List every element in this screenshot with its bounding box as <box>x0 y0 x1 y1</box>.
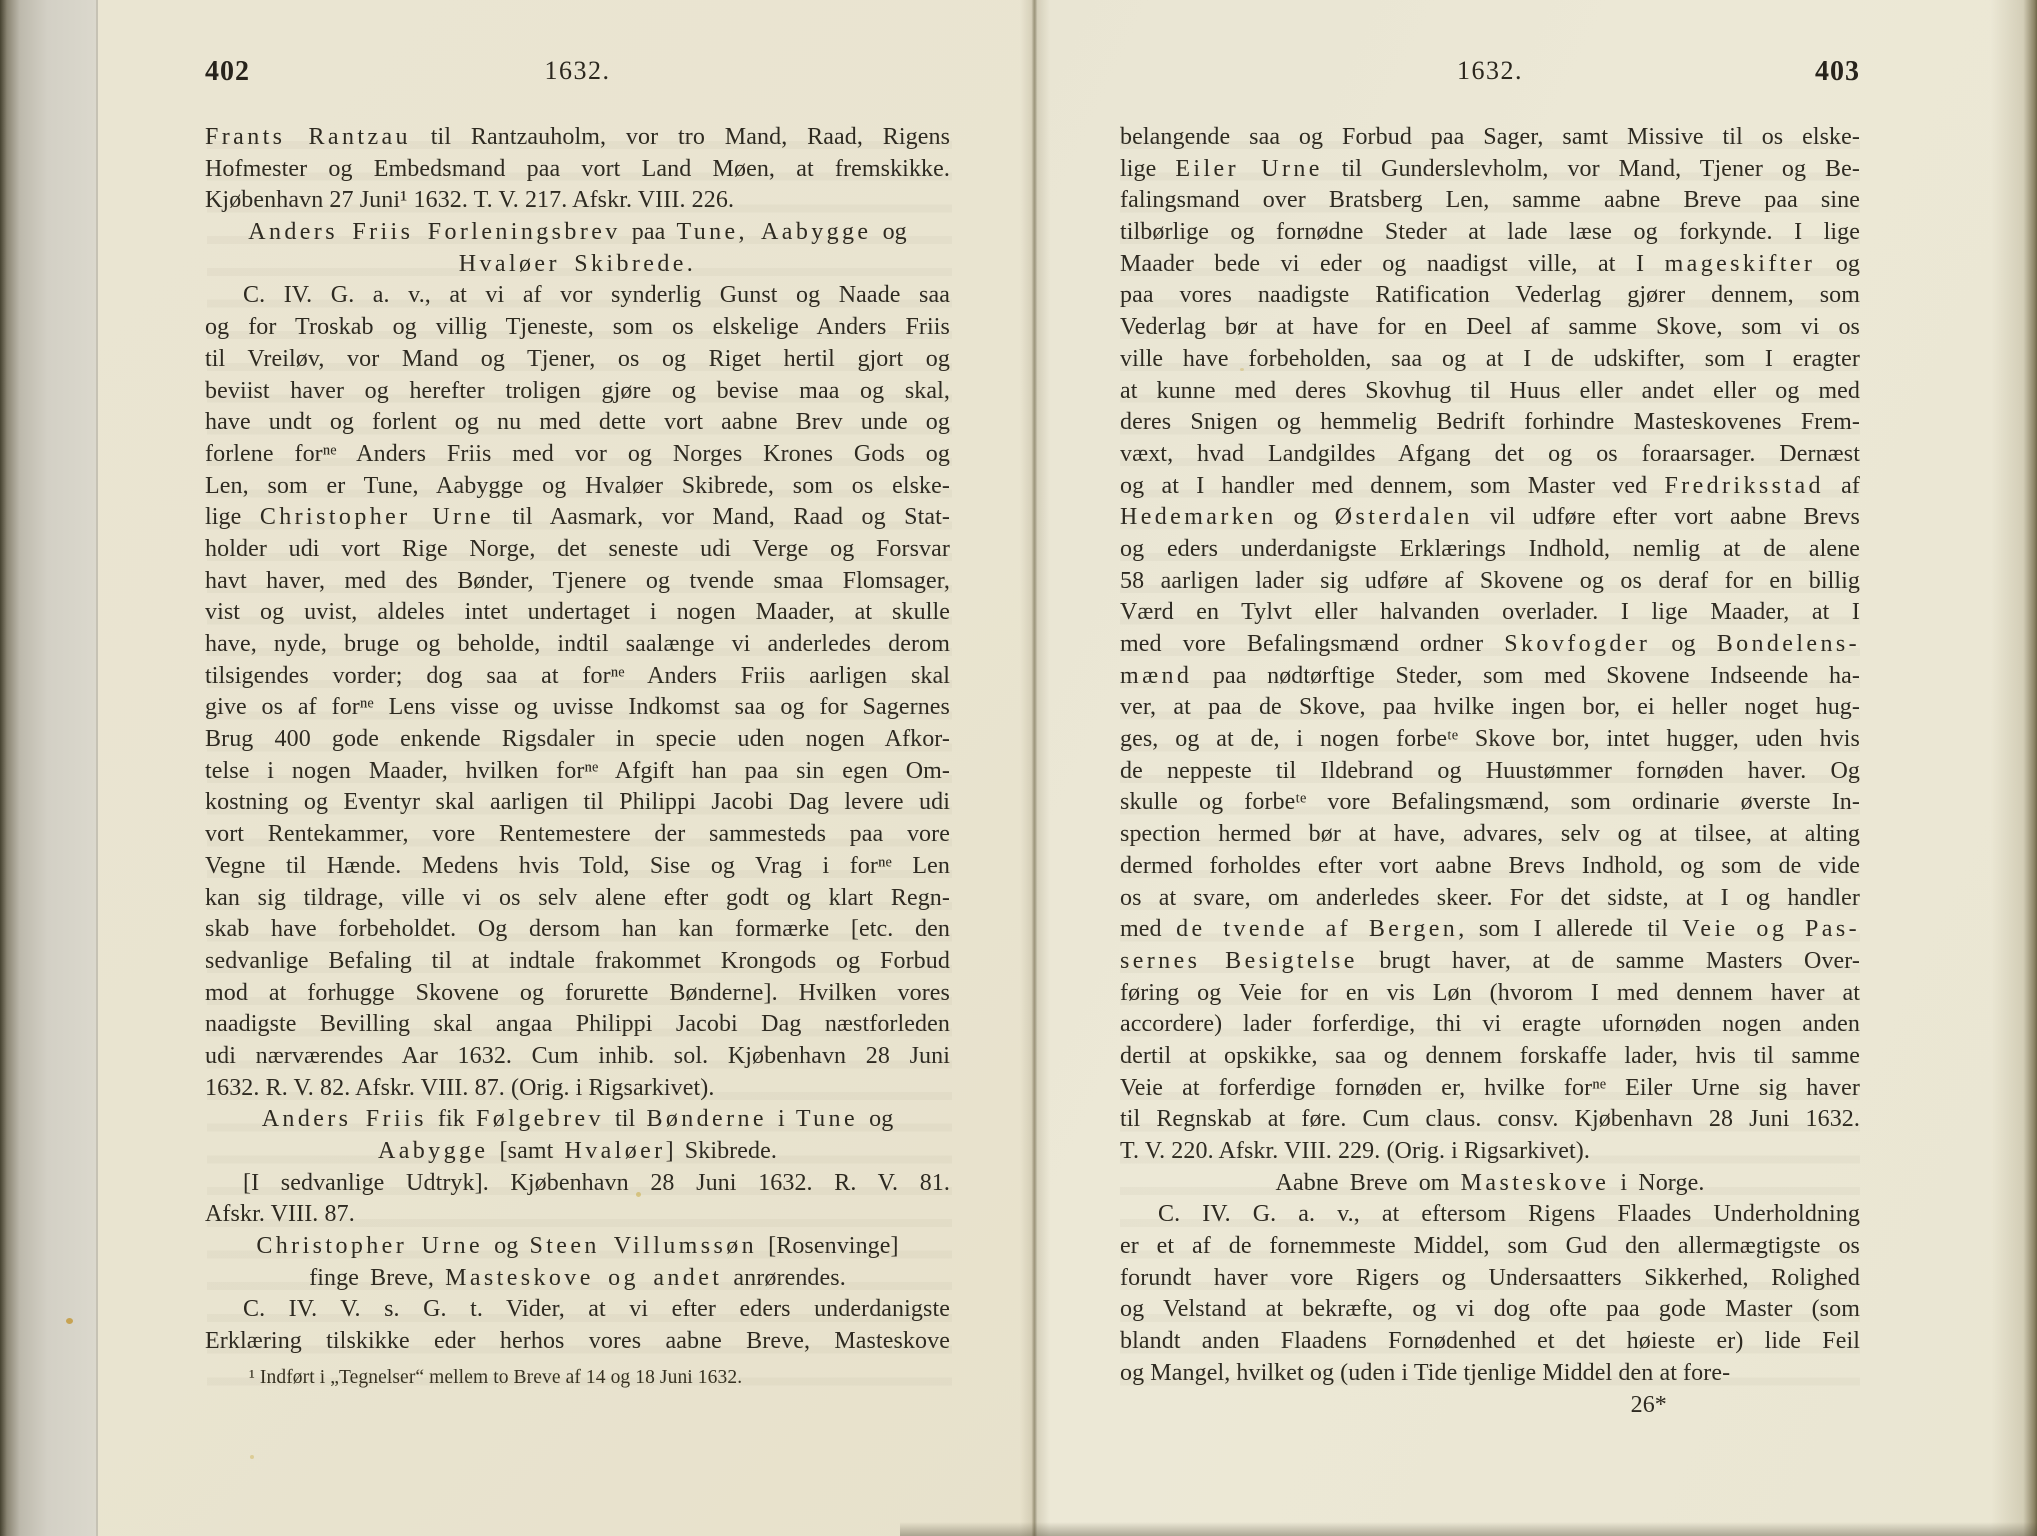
right-page-text-line-24: dermed forholdes efter vort aabne Brevs … <box>1120 851 1860 883</box>
left-page-text-line-26: skab have forbeholdet. Og dersom han kan… <box>205 914 950 946</box>
text-segment: havt haver, med des Bønder, Tjenere og t… <box>205 568 950 594</box>
right-page-text-line-30: dertil at opskikke, saa og dennem forska… <box>1120 1041 1860 1073</box>
text-segment: falingsmand over Bratsberg Len, samme aa… <box>1120 187 1860 213</box>
right-page-text-line-41: 26* <box>1120 1390 1860 1422</box>
text-segment: Hofmester og Embedsmand paa vort Land Mø… <box>205 156 950 182</box>
page-edge-right <box>1991 0 2037 1536</box>
letterspaced-text: Aabygge <box>378 1138 488 1164</box>
left-page-text-line-19: give os af forⁿᵉ Lens visse og uvisse In… <box>205 692 950 724</box>
left-page-text-line-13: lige Christopher Urne til Aasmark, vor M… <box>205 502 950 534</box>
text-segment: dertil at opskikke, saa og dennem forska… <box>1120 1043 1860 1069</box>
text-segment: væxt, hvad Landgildes Afgang det og os f… <box>1120 441 1860 467</box>
text-segment: i Norge. <box>1609 1170 1704 1196</box>
left-page-text-line-21: telse i nogen Maader, hvilken forⁿᵉ Afgi… <box>205 756 950 788</box>
text-segment: Veie at forferdige fornøden er, hvilke f… <box>1120 1075 1860 1101</box>
letterspaced-text: Anders Friis Forleningsbrev <box>248 219 620 245</box>
text-segment: accordere) lader forferdige, thi vi erag… <box>1120 1011 1860 1037</box>
right-page-text-line-32: til Regnskab at føre. Cum claus. consv. … <box>1120 1104 1860 1136</box>
letterspaced-text: Veie og Pas- <box>1682 916 1860 942</box>
text-segment: forlene forⁿᵉ Anders Friis med vor og No… <box>205 441 950 467</box>
letterspaced-text: Hedemarken <box>1120 504 1277 530</box>
left-page-text-line-1: Frants Rantzau til Rantzauholm, vor tro … <box>205 122 950 154</box>
right-page-text-line-15: 58 aarligen lader sig udføre af Skovene … <box>1120 566 1860 598</box>
text-segment: Maader bede vi eder og naadigst ville, a… <box>1120 251 1665 277</box>
text-segment: forundt haver vore Rigers og Undersaatte… <box>1120 1265 1860 1291</box>
right-page-text-line-17: med vore Befalingsmænd ordner Skovfogder… <box>1120 629 1860 661</box>
text-segment: Vederlag bør at have for en Deel af samm… <box>1120 314 1860 340</box>
right-page-text-line-28: føring og Veie for en vis Løn (hvorom I … <box>1120 978 1860 1010</box>
book-scan: 402 1632. 1632. 403 Frants Rantzau til R… <box>0 0 2037 1536</box>
text-segment: holder udi vort Rige Norge, det seneste … <box>205 536 950 562</box>
right-page-text-line-6: paa vores naadigste Ratification Vederla… <box>1120 280 1860 312</box>
left-page-text-line-5: Hvaløer Skibrede. <box>205 249 950 281</box>
right-page-text-line-38: og Velstand at bekræfte, og vi dog ofte … <box>1120 1294 1860 1326</box>
right-page-text-line-29: accordere) lader forferdige, thi vi erag… <box>1120 1009 1860 1041</box>
text-segment: Aabne Breve om <box>1276 1170 1461 1196</box>
right-page-text-line-13: Hedemarken og Østerdalen vil udføre efte… <box>1120 502 1860 534</box>
left-page-text-line-14: holder udi vort Rige Norge, det seneste … <box>205 534 950 566</box>
right-page-text-line-1: belangende saa og Forbud paa Sager, samt… <box>1120 122 1860 154</box>
text-segment: og <box>1277 504 1335 530</box>
left-page-text-column: Frants Rantzau til Rantzauholm, vor tro … <box>205 122 950 1394</box>
text-segment: brugt haver, at de samme Masters Over- <box>1358 948 1860 974</box>
letterspaced-text: Bondelens- <box>1717 631 1860 657</box>
right-page-text-line-23: spection hermed bør at have, advares, se… <box>1120 819 1860 851</box>
left-page-text-line-7: og for Troskab og villig Tjeneste, som o… <box>205 312 950 344</box>
left-page-text-line-30: udi nærværendes Aar 1632. Cum inhib. sol… <box>205 1041 950 1073</box>
text-segment: fik <box>427 1106 476 1132</box>
text-segment: blandt anden Flaadens Fornødenhed et det… <box>1120 1328 1860 1354</box>
text-segment: og at I handler med dennem, som Master v… <box>1120 473 1664 499</box>
left-page-text-line-28: mod at forhugge Skovene og forurette Bøn… <box>205 978 950 1010</box>
right-page-text-line-3: falingsmand over Bratsberg Len, samme aa… <box>1120 185 1860 217</box>
letterspaced-text: Tune <box>796 1106 858 1132</box>
letterspaced-text: Følgebrev <box>476 1106 604 1132</box>
letterspaced-text: mageskifter <box>1665 251 1816 277</box>
left-page-text-line-17: have, nyde, bruge og beholde, indtil saa… <box>205 629 950 661</box>
letterspaced-text: Frants Rantzau <box>205 124 411 150</box>
right-page-text-line-26: med de tvende af Bergen, som I allerede … <box>1120 914 1860 946</box>
left-page-text-line-23: vort Rentekammer, vore Rentemestere der … <box>205 819 950 851</box>
left-page-text-line-40: ¹ Indført i „Tegnelser“ mellem to Breve … <box>205 1358 950 1394</box>
text-segment: os at svare, om anderledes skeer. For de… <box>1120 885 1860 911</box>
text-segment: ¹ Indført i „Tegnelser“ mellem to Breve … <box>249 1367 742 1388</box>
left-page-text-line-4: Anders Friis Forleningsbrev paa Tune, Aa… <box>205 217 950 249</box>
left-page-header: 402 1632. <box>205 56 950 90</box>
right-page-text-column: belangende saa og Forbud paa Sager, samt… <box>1120 122 1860 1421</box>
text-segment: føring og Veie for en vis Løn (hvorom I … <box>1120 980 1860 1006</box>
right-page-text-line-18: mænd paa nødtørftige Steder, som med Sko… <box>1120 661 1860 693</box>
running-head-left: 1632. <box>205 56 950 86</box>
text-segment: ges, og at de, i nogen forbeᵗᵉ Skove bor… <box>1120 726 1860 752</box>
letterspaced-text: Christopher Urne <box>256 1233 483 1259</box>
left-page-text-line-25: kan sig tildrage, ville vi os selv alene… <box>205 883 950 915</box>
text-segment: Brug 400 gode enkende Rigsdaler in speci… <box>205 726 950 752</box>
text-segment: til Regnskab at føre. Cum claus. consv. … <box>1120 1106 1860 1132</box>
text-segment: [Rosenvinge] <box>757 1233 899 1259</box>
left-page-text-line-3: Kjøbenhavn 27 Juni¹ 1632. T. V. 217. Afs… <box>205 185 950 217</box>
letterspaced-text: Masteskove <box>1461 1170 1610 1196</box>
left-page-text-line-6: C. IV. G. a. v., at vi af vor synderlig … <box>205 280 950 312</box>
left-page-text-line-12: Len, som er Tune, Aabygge og Hvaløer Ski… <box>205 471 950 503</box>
right-page-text-line-31: Veie at forferdige fornøden er, hvilke f… <box>1120 1073 1860 1105</box>
text-segment: med vore Befalingsmænd ordner <box>1120 631 1504 657</box>
letterspaced-text: Eiler Urne <box>1175 156 1322 182</box>
left-page-text-line-35: Afskr. VIII. 87. <box>205 1199 950 1231</box>
right-page-text-line-12: og at I handler med dennem, som Master v… <box>1120 471 1860 503</box>
text-segment: de neppeste til Ildebrand og Huustømmer … <box>1120 758 1860 784</box>
left-page-text-line-24: Vegne til Hænde. Medens hvis Told, Sise … <box>205 851 950 883</box>
text-segment: er et af de fornemmeste Middel, som Gud … <box>1120 1233 1860 1259</box>
text-segment: C. IV. V. s. G. t. Vider, at vi efter ed… <box>243 1296 950 1322</box>
text-segment: paa <box>621 219 677 245</box>
letterspaced-text: Christopher Urne <box>260 504 494 530</box>
text-segment: Afskr. VIII. 87. <box>205 1201 355 1227</box>
text-segment: og <box>1815 251 1860 277</box>
right-page-text-line-35: C. IV. G. a. v., at eftersom Rigens Flaa… <box>1120 1199 1860 1231</box>
letterspaced-text: Hvaløer <box>564 1138 665 1164</box>
right-page-text-line-14: og eders underdanigste Erklærings Indhol… <box>1120 534 1860 566</box>
right-page-text-line-10: deres Snigen og hemmelig Bedrift forhind… <box>1120 407 1860 439</box>
letterspaced-text: Tune, Aabygge <box>676 219 871 245</box>
text-segment: telse i nogen Maader, hvilken forⁿᵉ Afgi… <box>205 758 950 784</box>
right-page-text-line-9: at kunne med deres Skovhug til Huus elle… <box>1120 376 1860 408</box>
text-segment: have undt og forlent og nu med dette vor… <box>205 409 950 435</box>
right-page-text-line-21: de neppeste til Ildebrand og Huustømmer … <box>1120 756 1860 788</box>
text-segment: kostning og Eventyr skal aarligen til Ph… <box>205 789 950 815</box>
text-segment: lige <box>1120 156 1175 182</box>
text-segment: deres Snigen og hemmelig Bedrift forhind… <box>1120 409 1860 435</box>
text-segment: ville have forbeholden, saa og at I de u… <box>1120 346 1860 372</box>
text-segment: og for Troskab og villig Tjeneste, som o… <box>205 314 950 340</box>
text-segment: sedvanlige Befaling til at indtale frako… <box>205 948 950 974</box>
right-page-text-line-40: og Mangel, hvilket og (uden i Tide tjenl… <box>1120 1358 1860 1390</box>
text-segment: 58 aarligen lader sig udføre af Skovene … <box>1120 568 1860 594</box>
letterspaced-text: Fredriksstad <box>1664 473 1823 499</box>
right-page-text-line-33: T. V. 220. Afskr. VIII. 229. (Orig. i Ri… <box>1120 1136 1860 1168</box>
text-segment: C. IV. G. a. v., at eftersom Rigens Flaa… <box>1158 1201 1860 1227</box>
text-segment: vort Rentekammer, vore Rentemestere der … <box>205 821 950 847</box>
text-segment: tilsigendes vorder; dog saa at forⁿᵉ And… <box>205 663 950 689</box>
left-page-text-line-16: vist og uvist, aldeles intet undertaget … <box>205 597 950 629</box>
book-gutter-shadow <box>1020 0 1050 1536</box>
right-page-text-line-7: Vederlag bør at have for en Deel af samm… <box>1120 312 1860 344</box>
text-segment: at kunne med deres Skovhug til Huus elle… <box>1120 378 1860 404</box>
text-segment: Værd en Tylvt eller halvanden overlader.… <box>1120 599 1860 625</box>
text-segment: og Velstand at bekræfte, og vi dog ofte … <box>1120 1296 1860 1322</box>
left-page-text-line-15: havt haver, med des Bønder, Tjenere og t… <box>205 566 950 598</box>
left-page-text-line-34: [I sedvanlige Udtryk]. Kjøbenhavn 28 Jun… <box>205 1168 950 1200</box>
letterspaced-text: Skovfogder <box>1504 631 1650 657</box>
letterspaced-text: mænd <box>1120 663 1192 689</box>
text-segment: af <box>1824 473 1860 499</box>
right-page-header: 1632. 403 <box>1120 56 1860 90</box>
letterspaced-text: Anders Friis <box>262 1106 427 1132</box>
foxing-spot <box>250 1455 254 1459</box>
left-page-text-line-33: Aabygge [samt Hvaløer] Skibrede. <box>205 1136 950 1168</box>
left-page-text-line-37: finge Breve, Masteskove og andet anrøren… <box>205 1263 950 1295</box>
page-edge-left <box>0 0 96 1536</box>
left-page-text-line-11: forlene forⁿᵉ Anders Friis med vor og No… <box>205 439 950 471</box>
text-segment: [samt <box>488 1138 564 1164</box>
text-segment: og <box>1650 631 1716 657</box>
text-segment: vil udføre efter vort aabne Brevs <box>1473 504 1860 530</box>
text-segment: finge Breve, <box>309 1265 445 1291</box>
text-segment: udi nærværendes Aar 1632. Cum inhib. sol… <box>205 1043 950 1069</box>
text-segment: Len, som er Tune, Aabygge og Hvaløer Ski… <box>205 473 950 499</box>
text-segment: og <box>858 1106 893 1132</box>
left-page-text-line-36: Christopher Urne og Steen Villumssøn [Ro… <box>205 1231 950 1263</box>
letterspaced-text: Hvaløer Skibrede. <box>459 251 696 277</box>
text-segment: skulle og forbeᵗᵉ vore Befalingsmænd, so… <box>1120 789 1860 815</box>
text-segment: dermed forholdes efter vort aabne Brevs … <box>1120 853 1860 879</box>
letterspaced-text: Steen Villumssøn <box>529 1233 757 1259</box>
text-segment: T. V. 220. Afskr. VIII. 229. (Orig. i Ri… <box>1120 1138 1590 1164</box>
page-number-right: 403 <box>1815 56 1860 88</box>
letterspaced-text: Bønderne <box>646 1106 767 1132</box>
text-segment: til Gunderslevholm, vor Mand, Tjener og … <box>1323 156 1860 182</box>
text-segment: paa vores naadigste Ratification Vederla… <box>1120 282 1860 308</box>
text-segment: give os af forⁿᵉ Lens visse og uvisse In… <box>205 694 950 720</box>
text-segment: paa nødtørftige Steder, som med Skovene … <box>1192 663 1860 689</box>
letterspaced-text: Østerdalen <box>1335 504 1473 530</box>
right-page-text-line-22: skulle og forbeᵗᵉ vore Befalingsmænd, so… <box>1120 787 1860 819</box>
text-segment: [I sedvanlige Udtryk]. Kjøbenhavn 28 Jun… <box>243 1170 950 1196</box>
right-page-text-line-19: ver, at paa de Skove, paa hvilke ingen b… <box>1120 692 1860 724</box>
left-page-text-line-9: beviist haver og herefter troligen gjøre… <box>205 376 950 408</box>
text-segment: og Mangel, hvilket og (uden i Tide tjenl… <box>1120 1360 1730 1386</box>
right-page-text-line-4: tilbørlige og fornødne Steder at lade læ… <box>1120 217 1860 249</box>
right-page-text-line-39: blandt anden Flaadens Fornødenhed et det… <box>1120 1326 1860 1358</box>
text-segment: vist og uvist, aldeles intet undertaget … <box>205 599 950 625</box>
text-segment: Erklæring tilskikke eder herhos vores aa… <box>205 1328 950 1354</box>
text-segment: spection hermed bør at have, advares, se… <box>1120 821 1860 847</box>
text-segment: med <box>1120 916 1176 942</box>
running-head-right: 1632. <box>1120 56 1860 86</box>
text-segment: naadigste Bevilling skal angaa Philippi … <box>205 1011 950 1037</box>
right-page-text-line-8: ville have forbeholden, saa og at I de u… <box>1120 344 1860 376</box>
text-segment: , som I allerede til <box>1458 916 1682 942</box>
text-segment: til Rantzauholm, vor tro Mand, Raad, Rig… <box>411 124 950 150</box>
right-page-text-line-16: Værd en Tylvt eller halvanden overlader.… <box>1120 597 1860 629</box>
text-segment: 26* <box>1631 1392 1667 1418</box>
text-segment: belangende saa og Forbud paa Sager, samt… <box>1120 124 1860 150</box>
right-page-text-line-25: os at svare, om anderledes skeer. For de… <box>1120 883 1860 915</box>
text-segment: ver, at paa de Skove, paa hvilke ingen b… <box>1120 694 1860 720</box>
right-page-text-line-34: Aabne Breve om Masteskove i Norge. <box>1120 1168 1860 1200</box>
text-segment: have, nyde, bruge og beholde, indtil saa… <box>205 631 950 657</box>
text-segment: C. IV. G. a. v., at vi af vor synderlig … <box>243 282 950 308</box>
left-page-text-line-22: kostning og Eventyr skal aarligen til Ph… <box>205 787 950 819</box>
left-page-text-line-10: have undt og forlent og nu med dette vor… <box>205 407 950 439</box>
right-page-text-line-11: væxt, hvad Landgildes Afgang det og os f… <box>1120 439 1860 471</box>
right-page-text-line-5: Maader bede vi eder og naadigst ville, a… <box>1120 249 1860 281</box>
text-segment: anrørendes. <box>722 1265 845 1291</box>
text-segment: ] Skibrede. <box>666 1138 777 1164</box>
left-page-text-line-31: 1632. R. V. 82. Afskr. VIII. 87. (Orig. … <box>205 1073 950 1105</box>
left-page-text-line-20: Brug 400 gode enkende Rigsdaler in speci… <box>205 724 950 756</box>
right-page-text-line-37: forundt haver vore Rigers og Undersaatte… <box>1120 1263 1860 1295</box>
text-segment: til Aasmark, vor Mand, Raad og Stat- <box>494 504 950 530</box>
left-page-text-line-8: til Vreiløv, vor Mand og Tjener, os og R… <box>205 344 950 376</box>
text-segment: skab have forbeholdet. Og dersom han kan… <box>205 916 950 942</box>
text-segment: til <box>604 1106 647 1132</box>
text-segment: kan sig tildrage, ville vi os selv alene… <box>205 885 950 911</box>
left-page-text-line-18: tilsigendes vorder; dog saa at forⁿᵉ And… <box>205 661 950 693</box>
text-segment: beviist haver og herefter troligen gjøre… <box>205 378 950 404</box>
text-segment: og <box>483 1233 529 1259</box>
text-segment: og eders underdanigste Erklærings Indhol… <box>1120 536 1860 562</box>
text-segment: til Vreiløv, vor Mand og Tjener, os og R… <box>205 346 950 372</box>
text-segment: 1632. R. V. 82. Afskr. VIII. 87. (Orig. … <box>205 1075 715 1101</box>
right-page-text-line-27: sernes Besigtelse brugt haver, at de sam… <box>1120 946 1860 978</box>
left-page-text-line-32: Anders Friis fik Følgebrev til Bønderne … <box>205 1104 950 1136</box>
left-page-text-line-39: Erklæring tilskikke eder herhos vores aa… <box>205 1326 950 1358</box>
text-segment: Kjøbenhavn 27 Juni¹ 1632. T. V. 217. Afs… <box>205 187 734 213</box>
text-segment: lige <box>205 504 260 530</box>
letterspaced-text: de tvende af Bergen <box>1176 916 1458 942</box>
left-page-text-line-29: naadigste Bevilling skal angaa Philippi … <box>205 1009 950 1041</box>
left-page-text-line-38: C. IV. V. s. G. t. Vider, at vi efter ed… <box>205 1294 950 1326</box>
text-segment: og <box>871 219 906 245</box>
text-segment: mod at forhugge Skovene og forurette Bøn… <box>205 980 950 1006</box>
right-page-text-line-2: lige Eiler Urne til Gunderslevholm, vor … <box>1120 154 1860 186</box>
letterspaced-text: Masteskove og andet <box>445 1265 722 1291</box>
book-bottom-edge-shadow <box>900 1522 2037 1536</box>
text-segment: Vegne til Hænde. Medens hvis Told, Sise … <box>205 853 950 879</box>
left-page-text-line-27: sedvanlige Befaling til at indtale frako… <box>205 946 950 978</box>
text-segment: tilbørlige og fornødne Steder at lade læ… <box>1120 219 1860 245</box>
foxing-spot <box>66 1318 73 1324</box>
left-page-text-line-2: Hofmester og Embedsmand paa vort Land Mø… <box>205 154 950 186</box>
right-page-text-line-36: er et af de fornemmeste Middel, som Gud … <box>1120 1231 1860 1263</box>
letterspaced-text: sernes Besigtelse <box>1120 948 1358 974</box>
text-segment: i <box>767 1106 796 1132</box>
right-page-text-line-20: ges, og at de, i nogen forbeᵗᵉ Skove bor… <box>1120 724 1860 756</box>
